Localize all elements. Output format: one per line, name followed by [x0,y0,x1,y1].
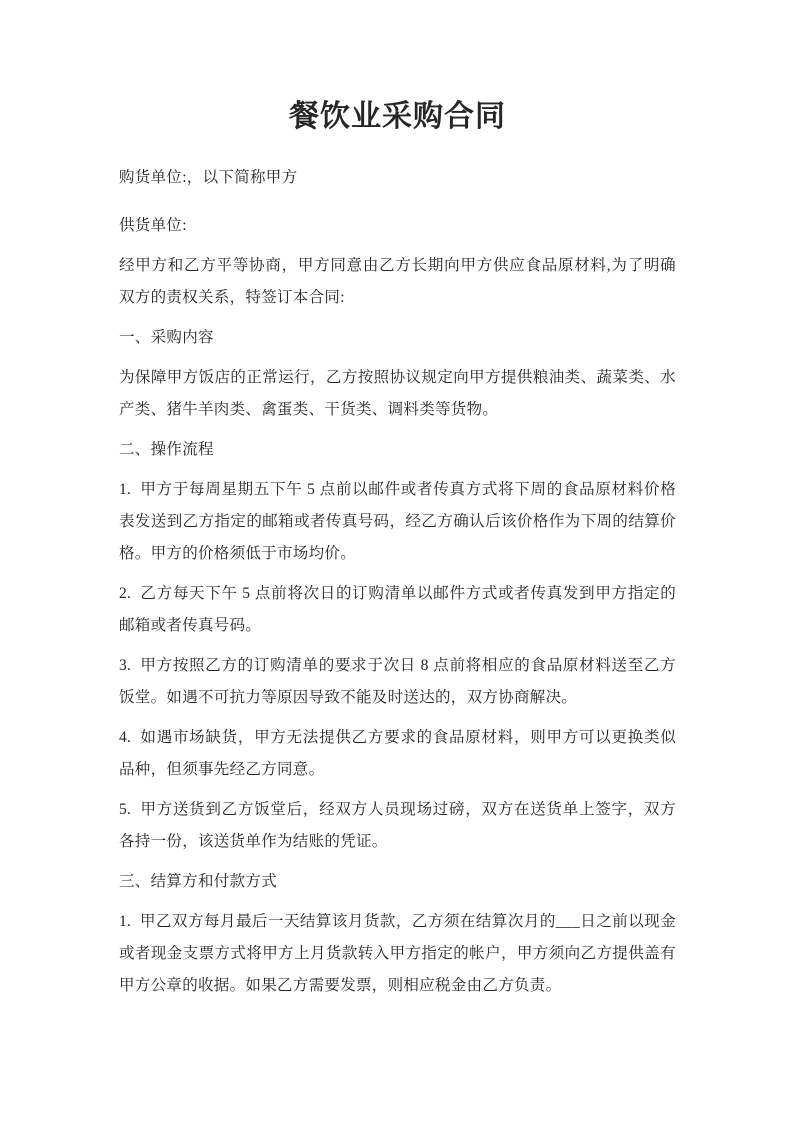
section-2-item-1: 1. 甲方于每周星期五下午 5 点前以邮件或者传真方式将下周的食品原材料价格表发… [119,474,676,570]
section-2-item-4: 4. 如遇市场缺货，甲方无法提供乙方要求的食品原材料，则甲方可以更换类似品种，但… [119,722,676,786]
contract-page: 餐饮业采购合同 购货单位:，以下简称甲方 供货单位: 经甲方和乙方平等协商，甲方… [0,0,793,1122]
section-1-heading: 一、采购内容 [119,322,676,354]
section-2-heading: 二、操作流程 [119,434,676,466]
section-2-item-3: 3. 甲方按照乙方的订购清单的要求于次日 8 点前将相应的食品原材料送至乙方饭堂… [119,650,676,714]
buyer-unit-line: 购货单位:，以下简称甲方 [119,162,676,194]
document-title: 餐饮业采购合同 [119,98,676,136]
section-2-item-5: 5. 甲方送货到乙方饭堂后，经双方人员现场过磅，双方在送货单上签字，双方各持一份… [119,794,676,858]
supplier-unit-line: 供货单位: [119,210,676,242]
section-3-heading: 三、结算方和付款方式 [119,866,676,898]
section-3-item-1: 1. 甲乙双方每月最后一天结算该月货款，乙方须在结算次月的___日之前以现金或者… [119,906,676,1002]
preamble-paragraph: 经甲方和乙方平等协商，甲方同意由乙方长期向甲方供应食品原材料,为了明确双方的责权… [119,250,676,314]
section-2-item-2: 2. 乙方每天下午 5 点前将次日的订购清单以邮件方式或者传真发到甲方指定的邮箱… [119,578,676,642]
section-1-body: 为保障甲方饭店的正常运行，乙方按照协议规定向甲方提供粮油类、蔬菜类、水产类、猪牛… [119,362,676,426]
